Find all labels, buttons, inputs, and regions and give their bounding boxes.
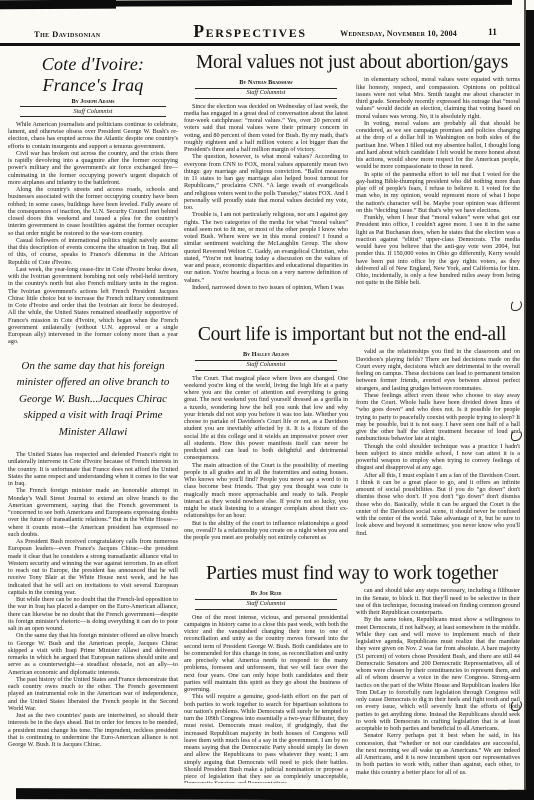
body-paragraph: But while there can be no doubt that the… [8,596,178,632]
article-court-life: Court life is important but not the end-… [184,324,520,563]
court-col2-text: valid as the relationships you find in t… [356,348,520,537]
byline-moral: By Nathan Bradshaw Staff Columnist [195,79,336,98]
body-paragraph: Along the country's streets and access r… [8,186,178,237]
body-paragraph: Trouble is, I am not particularly religi… [184,211,348,284]
byline-cote: By Joseph Adams Staff Columnist [20,98,166,117]
body-paragraph: Senator Kerry perhaps put it best when h… [356,732,520,776]
byline-parties: By Joe Reid Staff Columnist [195,590,336,609]
article-body-cote-part1: While American journalists and politicia… [8,121,178,346]
body-paragraph: In spite of the panmedia effort to tell … [356,171,520,215]
moral-column-2: in elementary school, moral values were … [356,76,520,322]
body-paragraph: One of the most intense, vicious, and pe… [184,614,348,694]
body-paragraph: By the same token, Republicans must show… [356,616,520,732]
body-paragraph: This will require a genuine, good-faith … [184,693,348,783]
pull-quote: On the same day that his foreign ministe… [9,358,177,441]
moral-column-1: By Nathan Bradshaw Staff Columnist Since… [184,76,348,322]
headline-line1: Cote d'Ivoire: [42,54,144,74]
article-body-parties: By Joe Reid Staff Columnist One of the m… [184,587,520,783]
body-paragraph: The past history of the United States an… [8,676,178,712]
body-paragraph: While American journalists and politicia… [8,121,178,150]
body-paragraph: valid as the relationships you find in t… [356,348,520,392]
article-body-court: By Halley Aelion Staff Columnist The Cou… [184,348,520,561]
byline-author: By Nathan Bradshaw [195,79,336,88]
body-paragraph: Civil war has broken out across the coun… [8,150,178,186]
body-paragraph: The question, however, is what moral val… [184,153,348,211]
body-paragraph: can and should take any steps necessary,… [356,587,520,616]
body-paragraph: But is the ability of the court to influ… [184,520,348,542]
scan-artifact-right-edge [526,10,534,800]
body-paragraph: Last week, the year-long cease-fire in C… [8,266,178,346]
article-headline-cote: Cote d'Ivoire: France's Iraq [8,54,178,95]
newspaper-page: The Davidsonian Perspectives Wednesday, … [0,0,534,800]
page-number: 11 [488,28,497,38]
body-paragraph: These feelings affect even those who cho… [356,392,520,443]
body-paragraph: The United States has respected and defe… [8,451,178,487]
article-body-moral: By Nathan Bradshaw Staff Columnist Since… [184,76,520,322]
moral-col1-text: Since the election was decided on Wednes… [184,103,348,292]
byline-court: By Halley Aelion Staff Columnist [195,351,336,370]
byline-author: By Joseph Adams [20,98,166,107]
body-paragraph: Though the cold shoulder technique was a… [356,443,520,472]
masthead-rule [0,43,520,46]
body-paragraph: The French foreign minister made an hono… [8,487,178,538]
court-column-1: By Halley Aelion Staff Columnist The Cou… [184,348,348,561]
article-headline-moral: Moral values not just about abortion/gay… [184,52,520,73]
byline-role: Staff Columnist [20,107,166,117]
body-paragraph: The Court. That magical place where live… [184,375,348,462]
byline-author: By Joe Reid [195,590,336,599]
body-paragraph: Indeed, narrowed down to two issues of o… [184,284,348,291]
body-paragraph: The main attraction of the Court is the … [184,462,348,520]
body-paragraph: Casual followers of international politi… [8,237,178,266]
byline-role: Staff Columnist [195,600,336,610]
parties-col1-text: One of the most intense, vicious, and pe… [184,614,348,784]
issue-date: Wednesday, November 10, 2004 [340,29,457,38]
body-paragraph: After all this, I must explain I am a fa… [356,472,520,537]
byline-role: Staff Columnist [195,361,336,371]
article-headline-court: Court life is important but not the end-… [184,324,520,345]
headline-line2: France's Iraq [43,75,144,95]
masthead: The Davidsonian Perspectives Wednesday, … [0,0,519,46]
publication-name: The Davidsonian [34,29,101,39]
moral-col2-text: in elementary school, moral values were … [356,76,520,286]
parties-col2-text: can and should take any steps necessary,… [356,587,520,776]
article-parties-together: Parties must find way to work together B… [184,563,520,787]
court-col1-text: The Court. That magical place where live… [184,375,348,542]
scan-artifact-bottom-edge [16,788,534,800]
body-paragraph: Just as the two countries' pasts are int… [8,712,178,748]
byline-role: Staff Columnist [195,89,336,99]
body-paragraph: in elementary school, moral values were … [356,76,520,120]
body-paragraph: As President Bush received congratulator… [8,538,178,596]
article-headline-parties: Parties must find way to work together [184,563,520,584]
section-title: Perspectives [150,21,350,42]
article-body-cote-part2: The United States has respected and defe… [8,451,178,748]
body-paragraph: Frankly, when I hear that “moral values”… [356,214,520,287]
body-paragraph: In voting, moral values are probably all… [356,120,520,171]
article-cote-divoire: Cote d'Ivoire: France's Iraq By Joseph A… [8,52,178,785]
body-paragraph: Since the election was decided on Wednes… [184,103,348,154]
parties-column-2: can and should take any steps necessary,… [356,587,520,783]
body-paragraph: On the same day that his foreign ministe… [8,632,178,676]
article-moral-values: Moral values not just about abortion/gay… [184,52,520,324]
court-column-2: valid as the relationships you find in t… [356,348,520,561]
parties-column-1: By Joe Reid Staff Columnist One of the m… [184,587,348,783]
byline-author: By Halley Aelion [195,351,336,360]
